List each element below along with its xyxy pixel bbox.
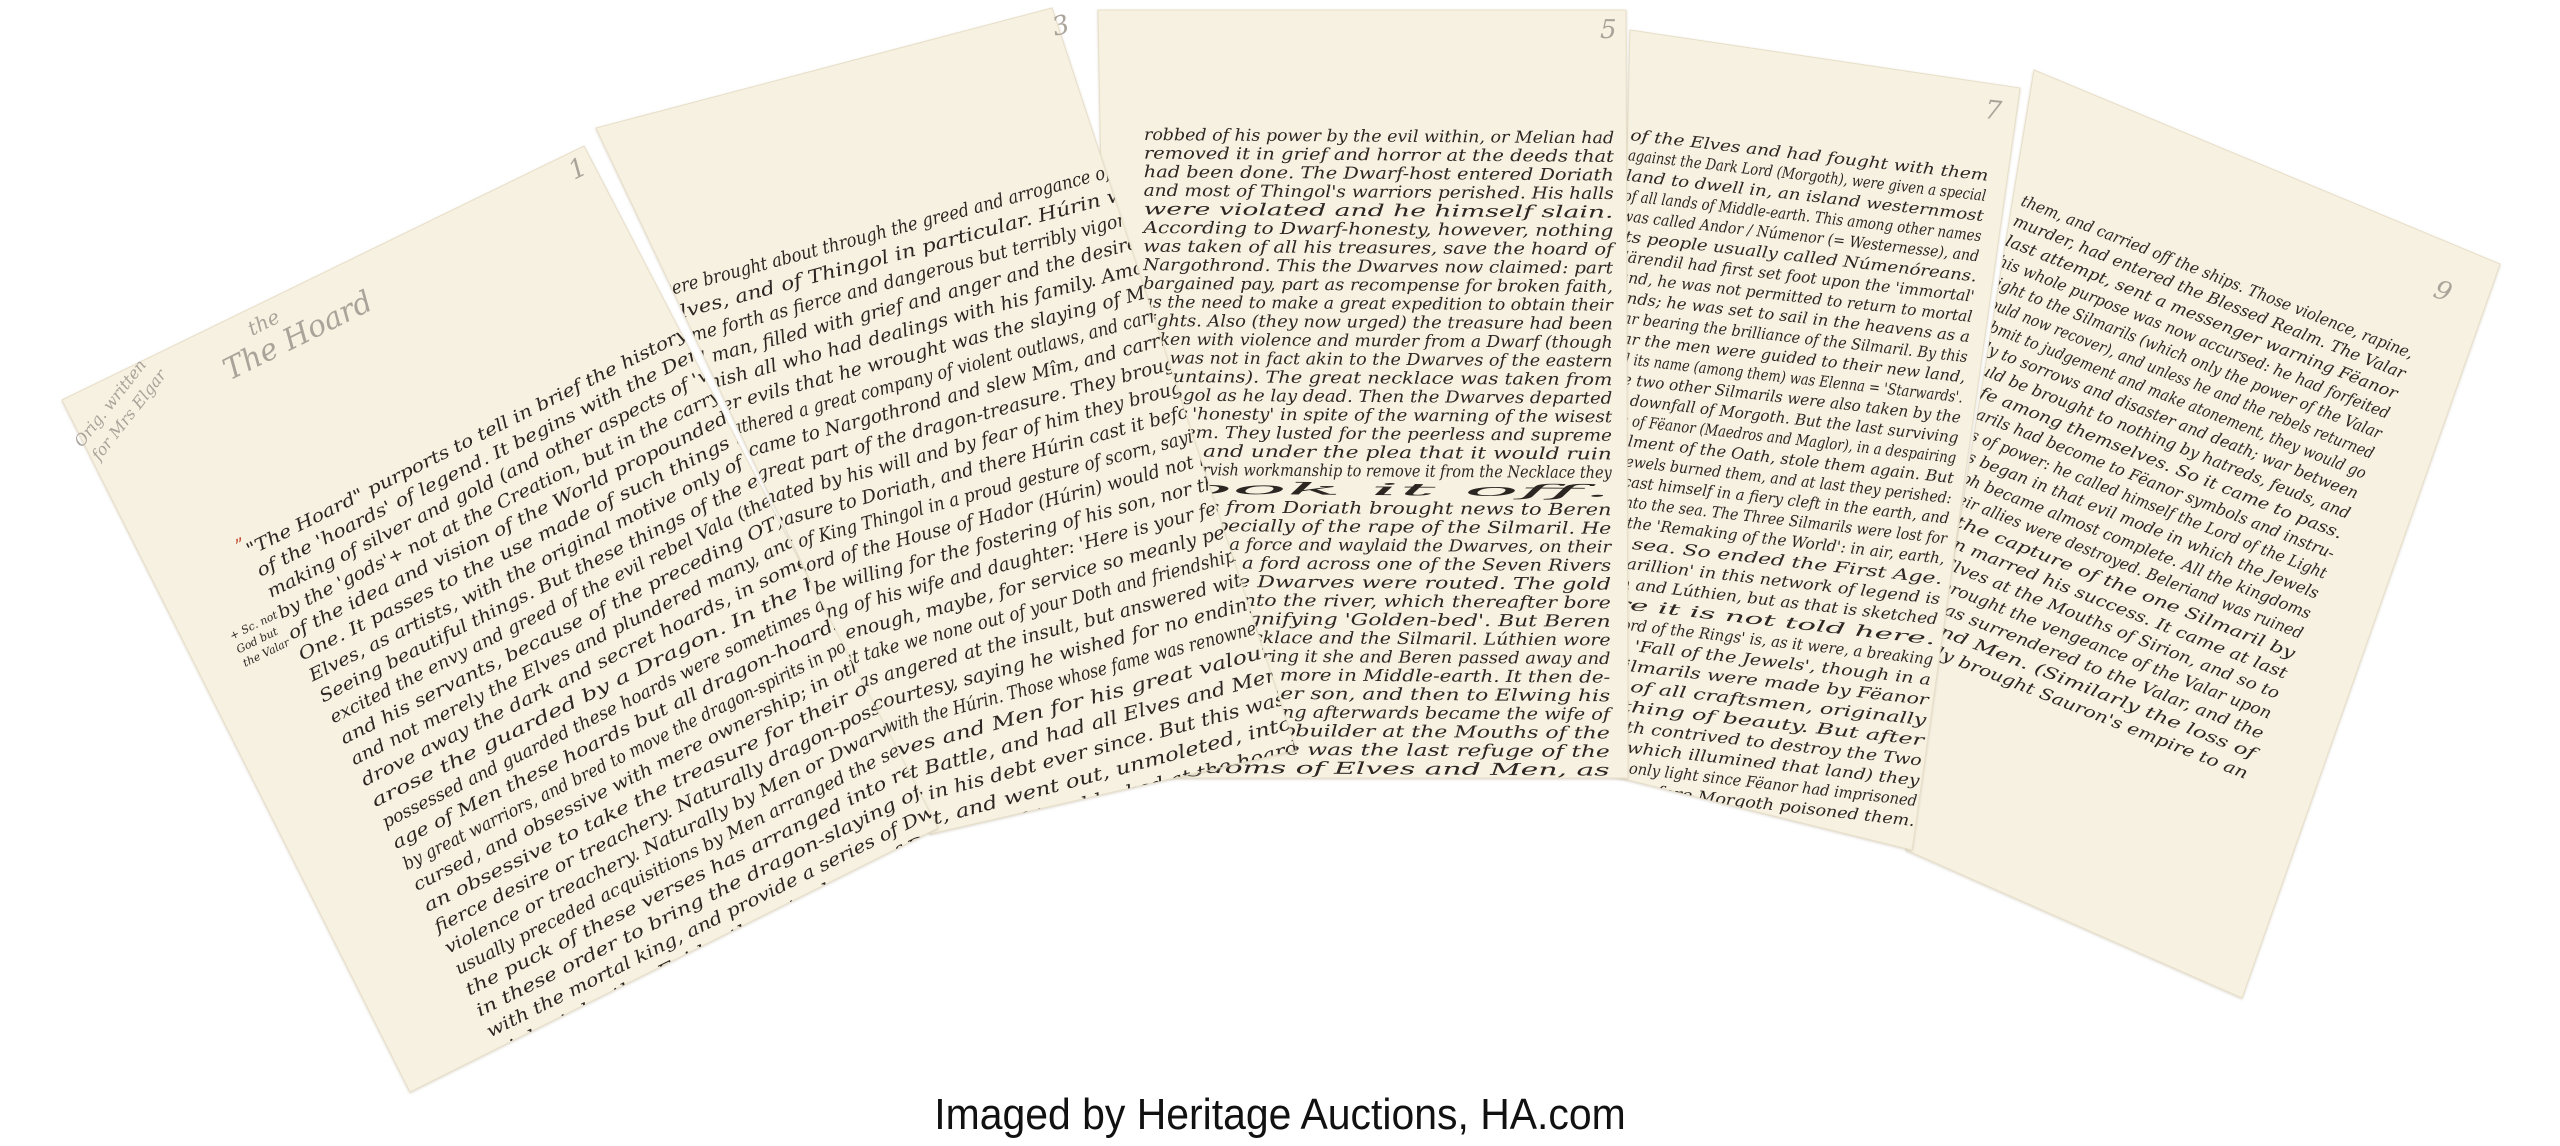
page-number: 5 [1600,15,1617,45]
manuscript-line: their destruction approached completion. [1139,776,1609,798]
manuscript-line: Blood was spilled on either side, but in… [850,883,1340,1033]
manuscript-line: outlaws were slain, and Thingol [858,908,1347,1058]
manuscript-line: treasure locked in a deep chamber. [865,932,1353,1082]
manuscript-pages: 9them, and carried off the ships. Those … [0,0,2560,1146]
manuscript-line: strife broke out, even in the inviolable… [845,858,1337,1009]
image-credit-caption: Imaged by Heritage Auctions, HA.com [90,1090,2471,1140]
manuscript-photo: 9them, and carried off the ships. Those … [0,0,2560,1146]
manuscript-line: by their weapons and labour [838,834,1328,984]
